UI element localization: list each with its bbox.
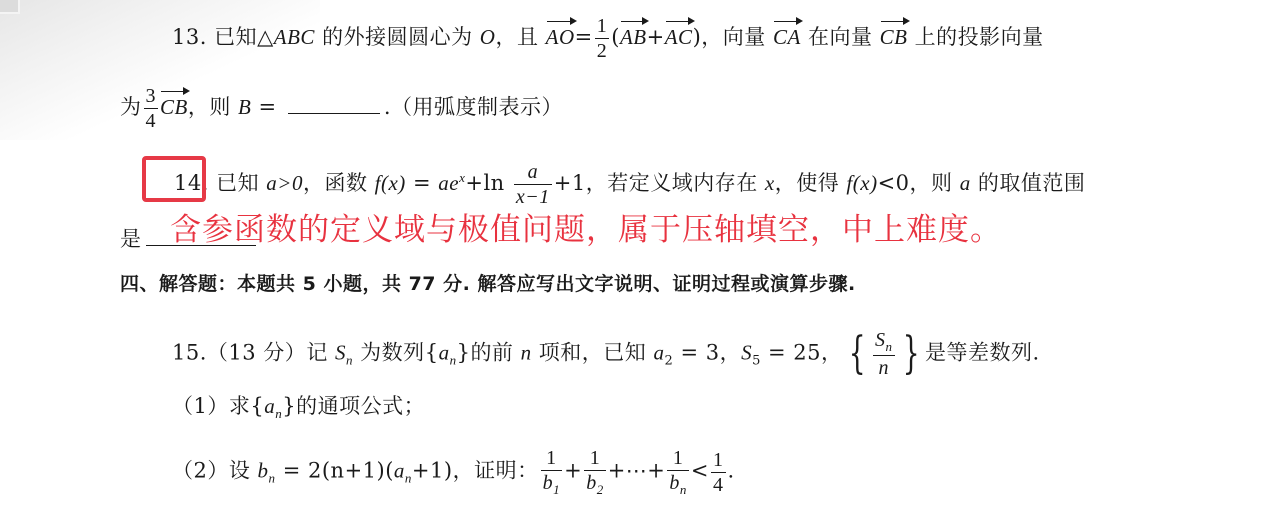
var-s: S: [875, 329, 886, 351]
fraction-a-over-x-minus-1: ax−1: [514, 162, 552, 207]
q13-var-o: O: [480, 25, 496, 49]
fraction-bar: [541, 470, 563, 471]
q15-text: 是等差数列.: [925, 341, 1040, 365]
equals-sign: =: [251, 95, 283, 119]
var-a: a: [439, 341, 450, 365]
vector-ao: AO: [546, 23, 575, 51]
subscript: n: [886, 339, 893, 354]
q14-text: ，则: [910, 171, 960, 195]
subscript: n: [450, 353, 457, 368]
equals-sign: =: [406, 171, 438, 195]
q13-text: 在向量: [801, 25, 880, 49]
vector-ac: AC: [665, 23, 693, 51]
less-than-zero: <0: [878, 171, 910, 195]
subscript: n: [346, 353, 353, 368]
fraction-bar: [595, 38, 610, 39]
subscript: n: [405, 471, 412, 486]
q14-text: ，若定义域内存在: [586, 171, 765, 195]
q15-text: 项和，已知: [532, 341, 654, 365]
fraction-bar: [667, 470, 689, 471]
q13-line2: 为34CB，则 B = .（用弧度制表示）: [120, 86, 563, 131]
ln-term: +ln: [465, 171, 512, 195]
var-b: b: [543, 472, 554, 494]
fraction-bar: [144, 108, 159, 109]
q15-text: 的前: [470, 341, 520, 365]
var-b: b: [586, 472, 597, 494]
var-a: a: [264, 394, 275, 418]
q14-condition: a>0: [266, 171, 303, 195]
brace-left: {: [848, 332, 865, 376]
fraction-denominator: 4: [144, 111, 159, 131]
subscript: 2: [664, 354, 673, 369]
brace: {: [250, 394, 264, 418]
q14-text: 是: [120, 227, 142, 251]
fraction-denominator: b2: [584, 473, 606, 496]
paren: ): [693, 25, 702, 49]
fraction-numerator: 1: [541, 448, 563, 468]
var-n: n: [521, 341, 532, 365]
definition: = 2(n+1)(: [276, 459, 394, 483]
fraction-bar: [873, 355, 895, 356]
fraction-numerator: 1: [595, 16, 610, 36]
function-f: f(x): [375, 171, 406, 195]
var-s: S: [741, 341, 752, 365]
part-label: （1）求: [172, 394, 250, 418]
fraction-bar: [711, 472, 726, 473]
paren: (: [611, 25, 620, 49]
vector-cb: CB: [160, 93, 188, 121]
ellipsis: +⋯+: [608, 459, 666, 483]
fraction-bar: [514, 184, 552, 185]
q13-triangle-abc: ABC: [274, 25, 315, 49]
fraction-denominator: 2: [595, 41, 610, 61]
function-f: f(x): [846, 171, 877, 195]
var-a: a: [653, 341, 664, 365]
q13-text: 已知△: [214, 25, 274, 49]
fraction-denominator: bn: [667, 473, 689, 496]
q14-line1: 14. 已知 a>0，函数 f(x) = aex+ln ax−1+1，若定义域内…: [174, 162, 1085, 207]
subscript: 2: [597, 482, 604, 497]
brace: {: [425, 341, 439, 365]
fraction-numerator: 1: [711, 450, 726, 470]
brace-right: }: [902, 332, 919, 376]
fraction-1-over-b2: 1b2: [584, 448, 606, 496]
fraction-numerator: a: [514, 162, 552, 182]
q15-line1: 15.（13 分）记 Sn 为数列{an}的前 n 项和，已知 a2 = 3，S…: [172, 330, 1040, 378]
q13-text: 的外接圆圆心为: [315, 25, 480, 49]
brace: }: [457, 341, 471, 365]
var-b: b: [258, 459, 269, 483]
q13-text: .（用弧度制表示）: [384, 95, 563, 119]
value: = 25，: [761, 341, 843, 365]
section-heading: 四、解答题：本题共 5 小题，共 77 分. 解答应写出文字说明、证明过程或演算…: [120, 270, 856, 298]
less-than-sign: <: [691, 459, 709, 483]
q13-text: ，向量: [701, 25, 773, 49]
fraction-bar: [584, 470, 606, 471]
fraction-1-over-bn: 1bn: [667, 448, 689, 496]
q15-part2: （2）设 bn = 2(n+1)(an+1)，证明：1b1+1b2+⋯+1bn<…: [172, 448, 735, 496]
fraction-1-over-b1: 1b1: [541, 448, 563, 496]
fraction-one-quarter: 14: [711, 450, 726, 495]
answer-blank-q13[interactable]: [288, 93, 380, 114]
var-a: a: [960, 171, 971, 195]
q15-number: 15.: [172, 341, 207, 365]
var-s: S: [335, 341, 346, 365]
subscript: 5: [752, 354, 761, 369]
q14-text: 的取值范围: [971, 171, 1086, 195]
fraction-numerator: 1: [584, 448, 606, 468]
subscript: n: [269, 471, 276, 486]
q13-number: 13.: [172, 25, 207, 49]
vector-ca: CA: [773, 23, 801, 51]
var-x: x: [765, 171, 775, 195]
q15-text: 为数列: [353, 341, 425, 365]
part-label: （2）设: [172, 459, 258, 483]
part-text: 的通项公式；: [296, 394, 425, 418]
fraction-denominator: b1: [541, 473, 563, 496]
plus-one: +1: [554, 171, 586, 195]
fraction-denominator: n: [873, 358, 895, 378]
fraction-three-quarters: 34: [144, 86, 159, 131]
q13-text: 上的投影向量: [908, 25, 1044, 49]
value: = 3，: [673, 341, 741, 365]
subscript: 1: [553, 482, 560, 497]
var-a: a: [394, 459, 405, 483]
q15-text: 记: [306, 341, 335, 365]
q13-var-b: B: [238, 95, 251, 119]
fraction-sn-over-n: Snn: [873, 330, 895, 378]
fraction-numerator: 3: [144, 86, 159, 106]
q14-text: ，函数: [303, 171, 375, 195]
q13-text: 为: [120, 95, 142, 119]
q13-text: ，且: [495, 25, 545, 49]
fraction-half: 12: [595, 16, 610, 61]
q14-text: 已知: [216, 171, 266, 195]
q13-line1: 13. 已知△ABC 的外接圆圆心为 O，且 AO=12(AB+AC)，向量 C…: [172, 16, 1044, 61]
fraction-denominator: x−1: [514, 187, 552, 207]
corner-tab: [0, 0, 20, 14]
equals-sign: =: [575, 25, 593, 49]
q15-part1: （1）求{an}的通项公式；: [172, 392, 425, 428]
q15-score: （13 分）: [207, 341, 306, 365]
period: .: [728, 459, 735, 483]
brace: }: [282, 394, 296, 418]
highlight-box: [142, 156, 206, 202]
vector-ab: AB: [620, 23, 647, 51]
plus-sign: +: [564, 459, 582, 483]
vector-cb: CB: [880, 23, 908, 51]
q13-text: ，则: [188, 95, 238, 119]
annotation-text: 含参函数的定义域与极值问题，属于压轴填空，中上难度。: [170, 210, 1002, 250]
definition: +1)，证明：: [412, 459, 539, 483]
fraction-numerator: 1: [667, 448, 689, 468]
fraction-denominator: 4: [711, 475, 726, 495]
fraction-numerator: Sn: [873, 330, 895, 353]
term-ae: ae: [438, 171, 459, 195]
plus-sign: +: [647, 25, 665, 49]
subscript: n: [680, 482, 687, 497]
q14-text: ，使得: [775, 171, 847, 195]
var-b: b: [669, 472, 680, 494]
